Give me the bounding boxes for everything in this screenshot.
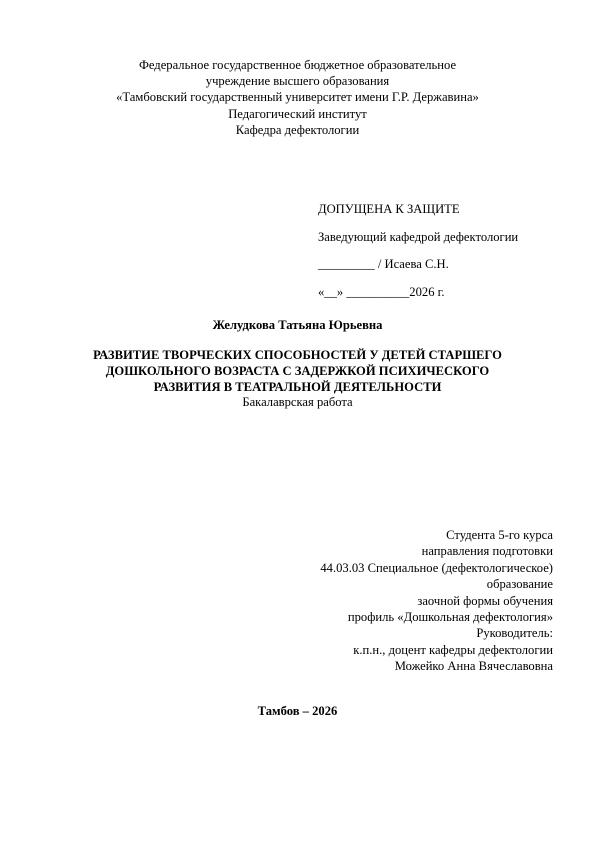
thesis-title-block: РАЗВИТИЕ ТВОРЧЕСКИХ СПОСОБНОСТЕЙ У ДЕТЕЙ… bbox=[0, 348, 595, 411]
student-line: заочной формы обучения bbox=[320, 593, 553, 609]
student-line: направления подготовки bbox=[320, 543, 553, 559]
author-name: Желудкова Татьяна Юрьевна bbox=[0, 318, 595, 333]
supervisor-label: Руководитель: bbox=[320, 625, 553, 641]
institution-header: Федеральное государственное бюджетное об… bbox=[0, 57, 595, 138]
department-name: Кафедра дефектологии bbox=[0, 122, 595, 138]
approval-position: Заведующий кафедрой дефектологии bbox=[318, 229, 518, 245]
approval-title: ДОПУЩЕНА К ЗАЩИТЕ bbox=[318, 201, 518, 217]
thesis-title-line: РАЗВИТИЕ ТВОРЧЕСКИХ СПОСОБНОСТЕЙ У ДЕТЕЙ… bbox=[0, 348, 595, 364]
thesis-type: Бакалаврская работа bbox=[0, 395, 595, 411]
approval-date: «__» __________2026 г. bbox=[318, 284, 518, 300]
supervisor-title: к.п.н., доцент кафедры дефектологии bbox=[320, 642, 553, 658]
student-line: 44.03.03 Специальное (дефектологическое) bbox=[320, 560, 553, 576]
institution-line: Федеральное государственное бюджетное об… bbox=[0, 57, 595, 73]
institution-line: учреждение высшего образования bbox=[0, 73, 595, 89]
university-name: «Тамбовский государственный университет … bbox=[0, 89, 595, 105]
student-line: Студента 5-го курса bbox=[320, 527, 553, 543]
city-year: Тамбов – 2026 bbox=[0, 704, 595, 719]
student-line: образование bbox=[320, 576, 553, 592]
student-line: профиль «Дошкольная дефектология» bbox=[320, 609, 553, 625]
approval-block: ДОПУЩЕНА К ЗАЩИТЕ Заведующий кафедрой де… bbox=[318, 201, 518, 311]
supervisor-name: Можейко Анна Вячеславовна bbox=[320, 658, 553, 674]
thesis-title-line: РАЗВИТИЯ В ТЕАТРАЛЬНОЙ ДЕЯТЕЛЬНОСТИ bbox=[0, 380, 595, 396]
institute-name: Педагогический институт bbox=[0, 106, 595, 122]
approval-signature: _________ / Исаева С.Н. bbox=[318, 256, 518, 272]
student-info-block: Студента 5-го курса направления подготов… bbox=[320, 527, 553, 675]
thesis-title-line: ДОШКОЛЬНОГО ВОЗРАСТА С ЗАДЕРЖКОЙ ПСИХИЧЕ… bbox=[0, 364, 595, 380]
